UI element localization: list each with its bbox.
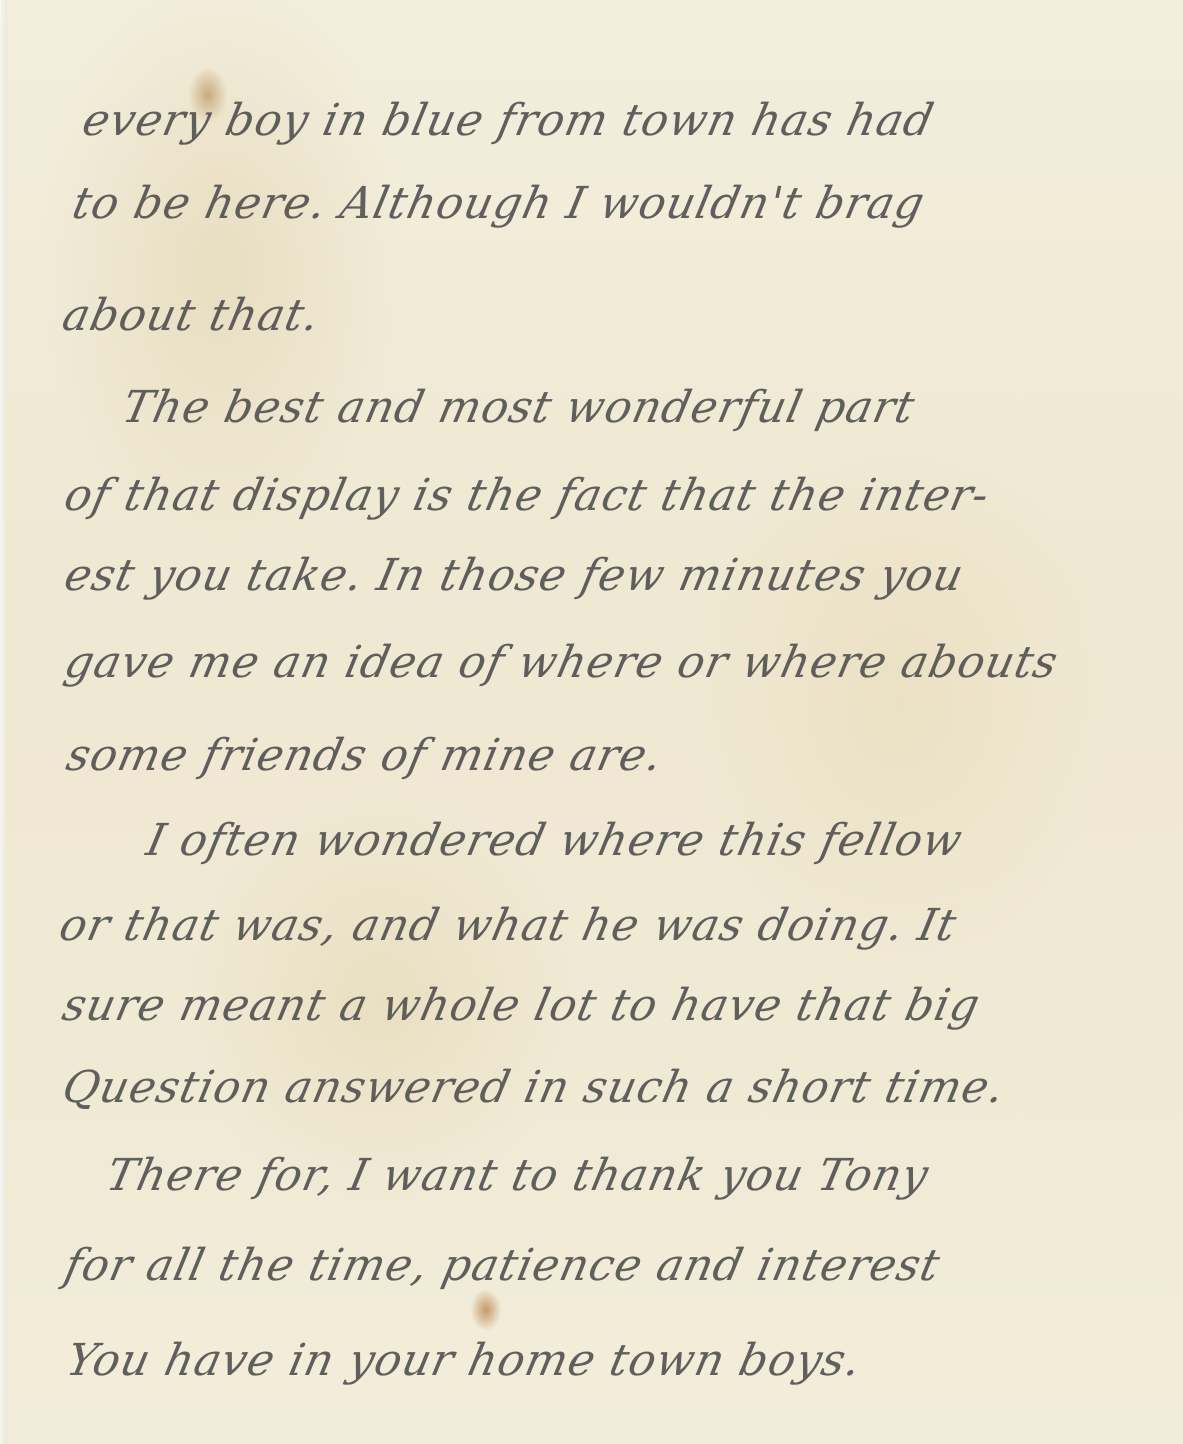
letter-page: every boy in blue from town has had to b… (0, 0, 1183, 1444)
letter-line: about that. (58, 290, 325, 341)
letter-line: gave me an idea of where or where abouts (60, 637, 1063, 688)
letter-line: of that display is the fact that the int… (60, 470, 994, 521)
letter-line: There for, I want to thank you Tony (102, 1150, 934, 1201)
letter-line: every boy in blue from town has had (78, 95, 939, 146)
letter-line: some friends of mine are. (62, 730, 667, 781)
scan-edge (0, 0, 7, 1444)
letter-line: I often wondered where this fellow (142, 815, 967, 866)
letter-line: for all the time, patience and interest (60, 1240, 945, 1291)
letter-line: sure meant a whole lot to have that big (58, 980, 985, 1031)
letter-line: The best and most wonderful part (118, 382, 920, 433)
letter-line: to be here. Although I wouldn't brag (68, 178, 930, 229)
letter-line: or that was, and what he was doing. It (55, 900, 961, 951)
letter-line: est you take. In those few minutes you (60, 550, 969, 601)
letter-line: Question answered in such a short time. (58, 1062, 1010, 1113)
letter-line: You have in your home town boys. (62, 1335, 866, 1386)
